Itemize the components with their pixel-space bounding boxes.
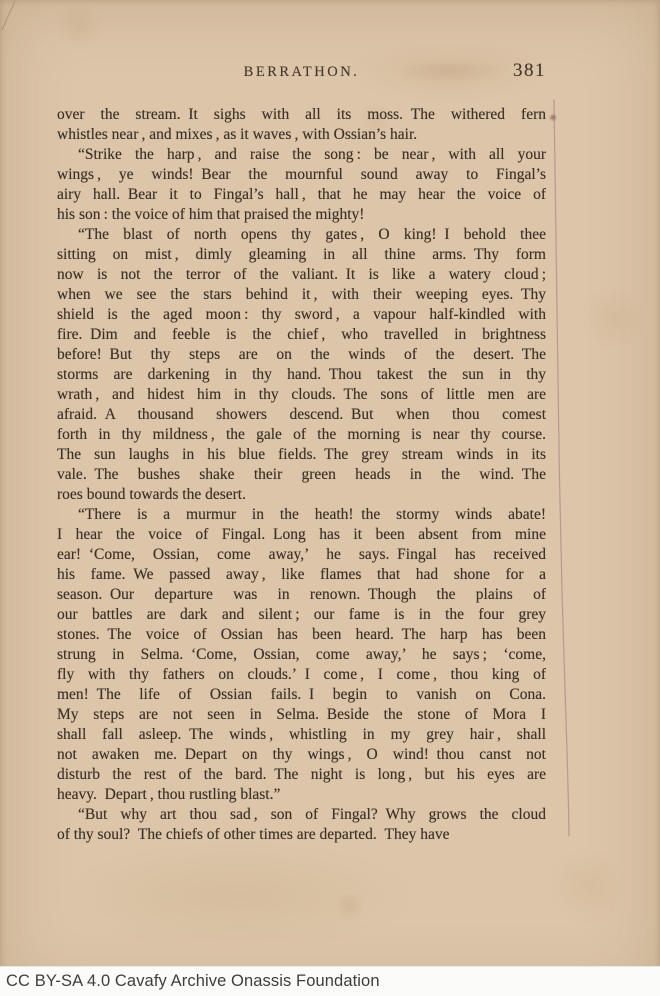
text-line: his son : the voice of him that praised … (57, 205, 546, 225)
text-line: fly with thy fathers on clouds.’ I come … (57, 665, 546, 685)
text-line: of thy soul? The chiefs of other times a… (57, 825, 546, 845)
text-line: heavy. Depart , thou rustling blast.” (57, 785, 546, 805)
paragraph: “But why art thou sad , son of Fingal? W… (57, 805, 546, 845)
paragraph: “The blast of north opens thy gates , O … (57, 225, 546, 505)
text-line: wrath , and hidest him in thy clouds. Th… (57, 385, 546, 405)
text-line: storms are darkening in thy hand. Thou t… (57, 365, 546, 385)
text-line: fire. Dim and feeble is the chief , who … (57, 325, 546, 345)
text-line: afraid. A thousand showers descend. But … (57, 405, 546, 425)
text-line: wings , ye winds! Bear the mournful soun… (57, 165, 546, 185)
text-line: disturb the rest of the bard. The night … (57, 765, 546, 785)
text-line: stones. The voice of Ossian has been hea… (57, 625, 546, 645)
text-line: strung in Selma. ‘Come, Ossian, come awa… (57, 645, 546, 665)
text-line: ear! ‘Come, Ossian, come away,’ he says.… (57, 545, 546, 565)
text-line: his fame. We passed away , like flames t… (57, 565, 546, 585)
text-line: men! The life of Ossian fails. I begin t… (57, 685, 546, 705)
text-line: over the stream. It sighs with all its m… (57, 105, 546, 125)
paragraph: “There is a murmur in the heath! the sto… (57, 505, 546, 805)
page-corner-crease (2, 1, 15, 30)
page-header: BERRATHON. 381 (57, 60, 546, 84)
text-line: before! But thy steps are on the winds o… (57, 345, 546, 365)
text-line: “But why art thou sad , son of Fingal? W… (57, 805, 546, 825)
text-line: “Strike the harp , and raise the song : … (57, 145, 546, 165)
text-line: not awaken me. Depart on thy wings , O w… (57, 745, 546, 765)
text-line: “There is a murmur in the heath! the sto… (57, 505, 546, 525)
text-line: sitting on mist , dimly gleaming in all … (57, 245, 546, 265)
paragraph: over the stream. It sighs with all its m… (57, 105, 546, 145)
text-line: now is not the terror of the valiant. It… (57, 265, 546, 285)
paper-stain-dot (549, 113, 557, 122)
text-line: whistles near , and mixes , as it waves … (57, 125, 546, 145)
license-text: CC BY-SA 4.0 Cavafy Archive Onassis Foun… (6, 972, 380, 991)
paragraph: “Strike the harp , and raise the song : … (57, 145, 546, 225)
scanned-book-page: BERRATHON. 381 over the stream. It sighs… (0, 0, 660, 996)
text-line: forth in thy mildness , the gale of the … (57, 425, 546, 445)
page-number: 381 (513, 60, 546, 82)
text-line: season. Our departure was in renown. Tho… (57, 585, 546, 605)
text-column: BERRATHON. 381 over the stream. It sighs… (57, 60, 546, 845)
text-line: roes bound towards the desert. (57, 485, 546, 505)
text-line: The sun laughs in his blue fields. The g… (57, 445, 546, 465)
text-line: My steps are not seen in Selma. Beside t… (57, 705, 546, 725)
text-line: shall fall asleep. The winds , whistling… (57, 725, 546, 745)
running-title: BERRATHON. (57, 64, 546, 81)
text-line: “The blast of north opens thy gates , O … (57, 225, 546, 245)
text-line: shield is the aged moon : thy sword , a … (57, 305, 546, 325)
text-line: our battles are dark and silent ; our fa… (57, 605, 546, 625)
text-line: vale. The bushes shake their green heads… (57, 465, 546, 485)
text-line: I hear the voice of Fingal. Long has it … (57, 525, 546, 545)
page-body: over the stream. It sighs with all its m… (57, 105, 546, 845)
license-bar: CC BY-SA 4.0 Cavafy Archive Onassis Foun… (0, 966, 660, 996)
text-line: airy hall. Bear it to Fingal’s hall , th… (57, 185, 546, 205)
text-line: when we see the stars behind it , with t… (57, 285, 546, 305)
